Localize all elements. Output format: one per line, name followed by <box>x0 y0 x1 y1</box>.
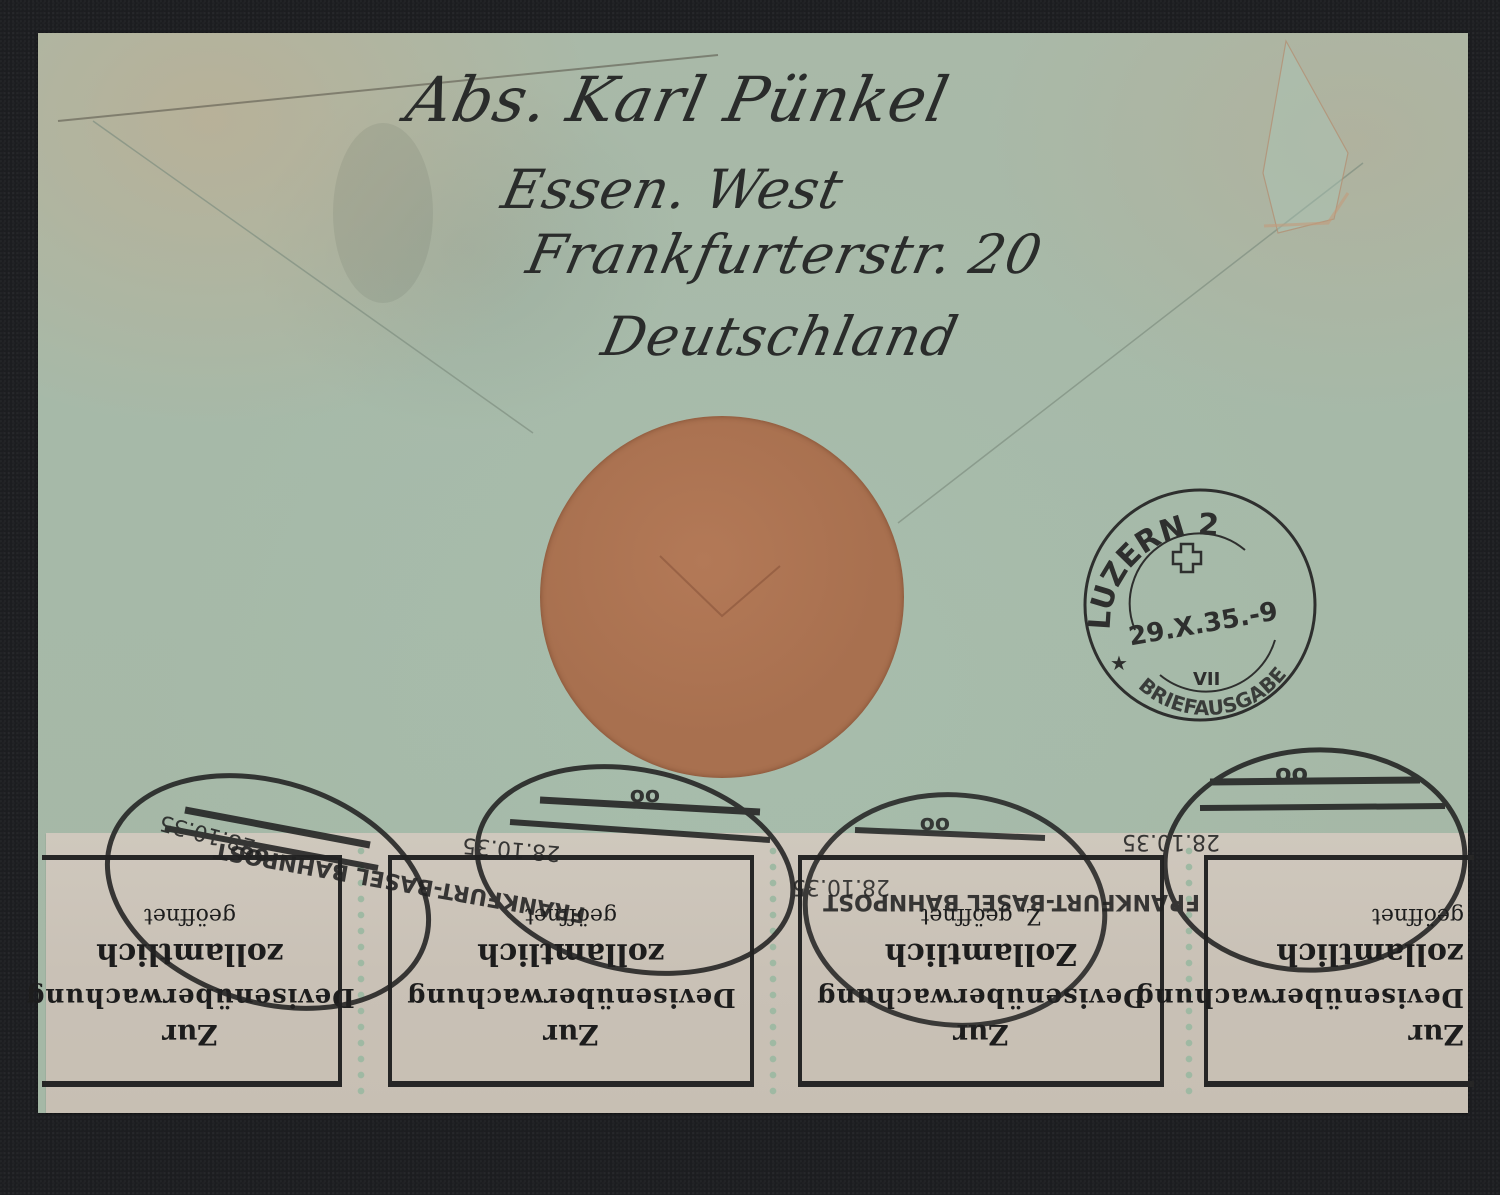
customs-label-1: Zur Devisenüberwachung zollamtlich geöff… <box>42 855 342 1087</box>
label-text-zur: Zur <box>543 1017 599 1051</box>
label-text-devisen: Devisenüberwachung <box>816 977 1145 1017</box>
label-text-geoeffnet: Z. geöffnet <box>921 901 1042 929</box>
perforation <box>356 843 366 1103</box>
paper-seal <box>540 416 904 778</box>
luzern-date: 29.X.35.-9 <box>1126 597 1280 653</box>
customs-label-strip: Zur Devisenüberwachung zollamtlich geöff… <box>46 833 1468 1113</box>
envelope: Abs. Karl Pünkel Essen. West Frankfurter… <box>38 33 1468 1113</box>
luzern-sub: VII <box>1193 669 1220 690</box>
swiss-cross-icon <box>1173 544 1201 572</box>
label-text-zollamtlich: Zollamtlich <box>885 929 1078 977</box>
label-text-zur: Zur <box>1408 1017 1464 1051</box>
sender-name: Abs. Karl Pünkel <box>400 63 955 136</box>
customs-label-3: Zur Devisenüberwachung Zollamtlich Z. ge… <box>798 855 1164 1087</box>
customs-label-4: Zur Devisenüberwachung zollamtlich geöff… <box>1204 855 1474 1087</box>
sender-city: Essen. West <box>496 158 849 221</box>
sender-country: Deutschland <box>596 305 964 368</box>
label-text-devisen: Devisenüberwachung <box>1135 977 1464 1017</box>
label-text-geoeffnet: geöffnet <box>144 901 236 929</box>
label-text-zur: Zur <box>162 1017 218 1051</box>
sender-street: Frankfurterstr. 20 <box>521 223 1048 286</box>
label-text-zollamtlich: zollamtlich <box>1276 929 1464 977</box>
star-icon: ★ <box>1110 651 1128 675</box>
perforation <box>1184 843 1194 1103</box>
luzern-postmark: LUZERN 2 29.X.35.-9 VII ★ BRIEFAUSGABE <box>1075 480 1325 730</box>
label-text-zollamtlich: zollamtlich <box>96 929 284 977</box>
label-text-zollamtlich: zollamtlich <box>477 929 665 977</box>
label-text-geoeffnet: geöffnet <box>525 901 617 929</box>
customs-label-2: Zur Devisenüberwachung zollamtlich geöff… <box>388 855 754 1087</box>
label-text-zur: Zur <box>953 1017 1009 1051</box>
label-text-geoeffnet: geöffnet <box>1372 901 1464 929</box>
perforation <box>768 843 778 1103</box>
seal-fold-line <box>540 416 904 778</box>
label-text-devisen: Devisenüberwachung <box>406 977 735 1017</box>
label-text-devisen: Devisenüberwachung <box>25 977 354 1017</box>
